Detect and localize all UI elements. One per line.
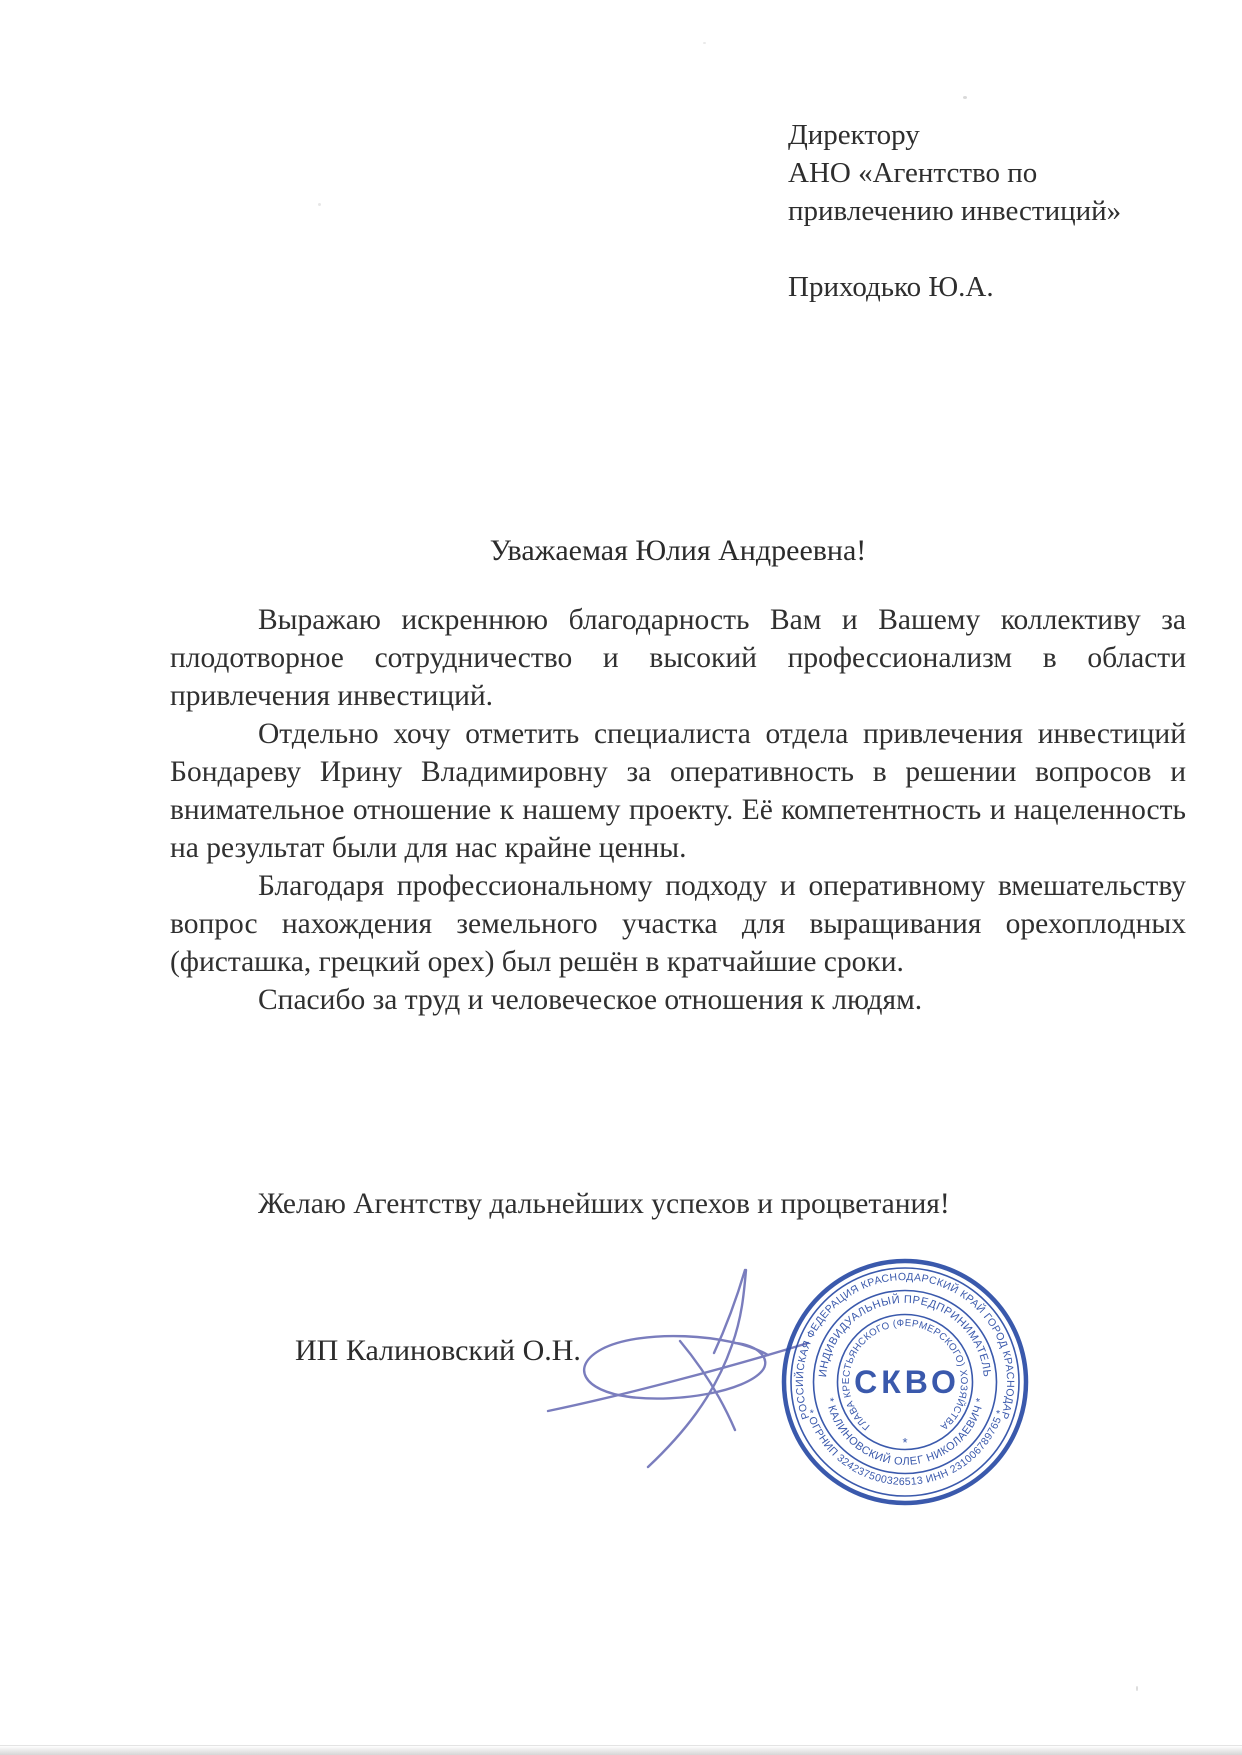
- scan-speck: [318, 203, 321, 206]
- recipient-gap: [788, 230, 1121, 268]
- recipient-line: привлечению инвестиций»: [788, 192, 1121, 230]
- recipient-line: Директору: [788, 116, 1121, 154]
- scan-bottom-edge: [0, 1745, 1242, 1755]
- scan-speck: [1136, 1686, 1138, 1691]
- stamp-center-text: СКВО: [854, 1364, 960, 1400]
- recipient-line: АНО «Агентство по: [788, 154, 1121, 192]
- recipient-name: Приходько Ю.А.: [788, 268, 1121, 306]
- paragraph: Выражаю искреннюю благодарность Вам и Ва…: [170, 601, 1186, 715]
- company-stamp: РОССИЙСКАЯ ФЕДЕРАЦИЯ КРАСНОДАРСКИЙ КРАЙ …: [774, 1251, 1036, 1513]
- stamp-inner-star: *: [902, 1435, 907, 1450]
- scan-speck: [703, 42, 706, 44]
- letter-body: Выражаю искреннюю благодарность Вам и Ва…: [170, 601, 1186, 1019]
- closing-wish: Желаю Агентству дальнейших успехов и про…: [170, 1188, 1186, 1221]
- salutation: Уважаемая Юлия Андреевна!: [170, 534, 1186, 568]
- paragraph: Спасибо за труд и человеческое отношения…: [170, 981, 1186, 1019]
- paragraph: Отдельно хочу отметить специалиста отдел…: [170, 715, 1186, 867]
- stamp-icon: РОССИЙСКАЯ ФЕДЕРАЦИЯ КРАСНОДАРСКИЙ КРАЙ …: [774, 1251, 1036, 1513]
- recipient-block: Директору АНО «Агентство по привлечению …: [788, 116, 1121, 306]
- scan-speck: [963, 96, 967, 99]
- scanned-letter-page: Директору АНО «Агентство по привлечению …: [0, 0, 1242, 1755]
- paragraph: Благодаря профессиональному подходу и оп…: [170, 867, 1186, 981]
